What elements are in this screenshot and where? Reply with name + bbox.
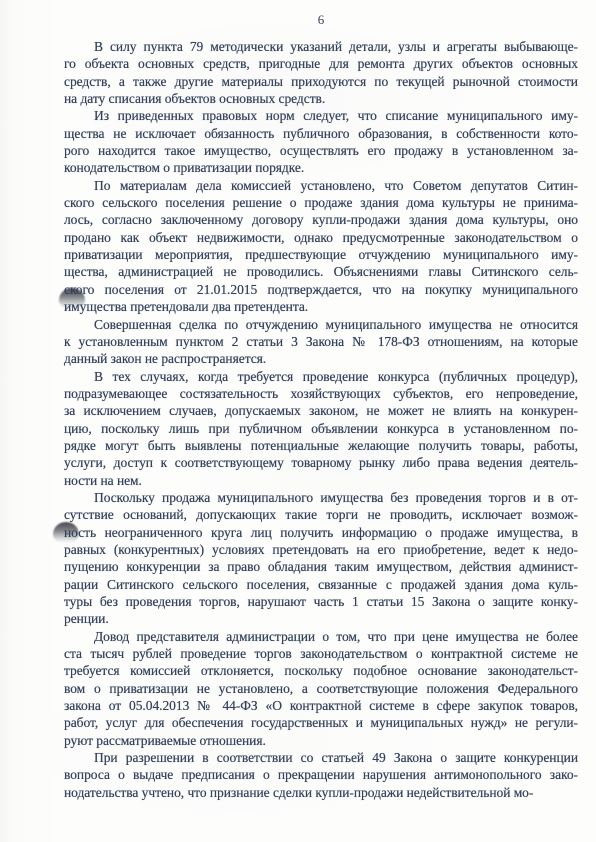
text-line: данный закон не распространяется. — [64, 350, 578, 367]
paragraph: Довод представителя администрации о том,… — [64, 628, 578, 749]
text-line: за исключением случаев, допускаемых зако… — [64, 402, 578, 419]
text-line: В силу пункта 79 методически указаний де… — [64, 38, 578, 55]
paragraph: В тех случаях, когда требуется проведени… — [64, 368, 578, 489]
text-line: По материалам дела комиссией установлено… — [64, 177, 578, 194]
text-line: на дату списания объектов основных средс… — [64, 90, 578, 107]
text-line: руют рассматриваемые отношения. — [64, 732, 578, 749]
paragraph: Совершенная сделка по отчуждению муницип… — [64, 316, 578, 368]
text-line: закона от 05.04.2013 № 44-ФЗ «О контракт… — [64, 697, 578, 714]
text-line: приватизации мероприятия, предшествующие… — [64, 246, 578, 263]
text-line: к установленным пунктом 2 статьи 3 Закон… — [64, 333, 578, 350]
text-line: сутствие оснований, допускающих такие то… — [64, 506, 578, 523]
text-line: ность неограниченного круга лиц получить… — [64, 524, 578, 541]
paragraph: Из приведенных правовых норм следует, чт… — [64, 107, 578, 176]
paragraph: Поскольку продажа муниципального имущест… — [64, 489, 578, 628]
text-line: рации Ситинского сельского поселения, св… — [64, 576, 578, 593]
text-line: подразумевающее состязательность хозяйст… — [64, 385, 578, 402]
text-line: Довод представителя администрации о том,… — [64, 628, 578, 645]
paragraph: В силу пункта 79 методически указаний де… — [64, 38, 578, 107]
text-line: щества, администрацией не проводились. О… — [64, 263, 578, 280]
text-line: В тех случаях, когда требуется проведени… — [64, 368, 578, 385]
text-line: ского сельского поселения решение о прод… — [64, 194, 578, 211]
text-line: Поскольку продажа муниципального имущест… — [64, 489, 578, 506]
text-line: лось, согласно заключенному договору куп… — [64, 211, 578, 228]
text-line: равных (конкурентных) условиях претендов… — [64, 541, 578, 558]
text-line: щества не исключает обязанность публично… — [64, 125, 578, 142]
document-body: В силу пункта 79 методически указаний де… — [64, 38, 578, 801]
paragraph: При разрешении в соответствии со статьей… — [64, 749, 578, 801]
text-line: цию, поскольку лишь при публичном объявл… — [64, 420, 578, 437]
text-line: ста тысяч рублей проведение торгов закон… — [64, 645, 578, 662]
text-line: требуется комиссией отклоняется, посколь… — [64, 662, 578, 679]
text-line: услуги, доступ к соответствующему товарн… — [64, 454, 578, 471]
text-line: рядке могут быть выявлены потенциальные … — [64, 437, 578, 454]
text-line: средств, а также другие материалы приход… — [64, 73, 578, 90]
text-line: имущества претендовали два претендента. — [64, 298, 578, 315]
text-line: продано как объект недвижимости, однако … — [64, 229, 578, 246]
text-line: рого находится такое имущество, осуществ… — [64, 142, 578, 159]
text-line: работ, услуг для обеспечения государстве… — [64, 714, 578, 731]
text-line: пущению конкуренции за право обладания т… — [64, 558, 578, 575]
text-line: нодательства учтено, что признание сделк… — [64, 784, 578, 801]
text-line: вом о приватизации не установлено, а соо… — [64, 680, 578, 697]
text-line: туры без проведения торгов, нарушают час… — [64, 593, 578, 610]
text-line: При разрешении в соответствии со статьей… — [64, 749, 578, 766]
text-line: ренции. — [64, 610, 578, 627]
text-line: ности на нем. — [64, 472, 578, 489]
text-line: вопроса о выдаче предписания о прекращен… — [64, 766, 578, 783]
scanned-document-page: 6 В силу пункта 79 методически указаний … — [0, 0, 596, 842]
text-line: конодательством о приватизации порядке. — [64, 159, 578, 176]
text-line: Совершенная сделка по отчуждению муницип… — [64, 316, 578, 333]
text-line: го объекта основных средств, пригодные д… — [64, 55, 578, 72]
paragraph: По материалам дела комиссией установлено… — [64, 177, 578, 316]
text-line: Из приведенных правовых норм следует, чт… — [64, 107, 578, 124]
page-number: 6 — [64, 12, 578, 28]
text-line: ского поселения от 21.01.2015 подтвержда… — [64, 281, 578, 298]
